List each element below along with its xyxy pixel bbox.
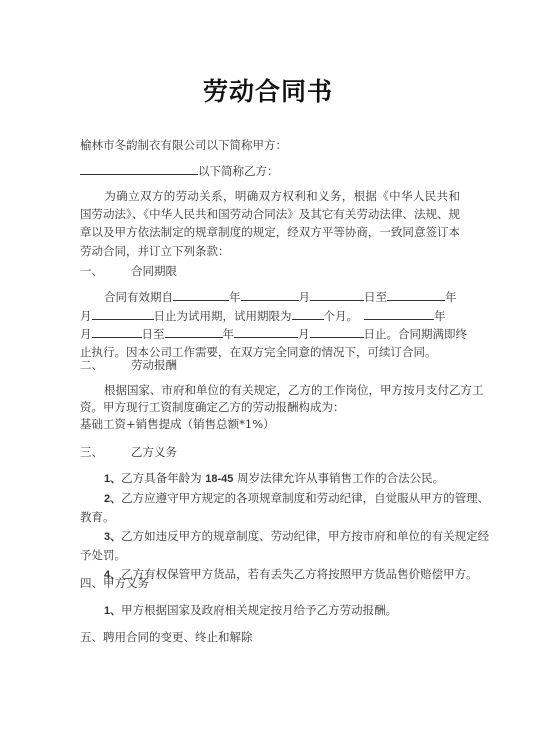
item-text: 乙方具备年龄为 (121, 471, 205, 485)
party-b-line: 以下简称乙方： (80, 162, 458, 180)
list-item: 3、乙方如违反甲方的规章制度、劳动纪律，甲方按市府和单位的有关规定经 (80, 527, 460, 547)
contract-term-paragraph: 合同有效期自年月日至年 月日止为试用期，试用期限为个月。年 月日至年月日止。合同… (80, 288, 460, 361)
section-number: 一、 (80, 264, 103, 278)
party-a-line: 榆林市冬韵制衣有限公司以下简称甲方： (80, 136, 458, 154)
compensation-text: 根据国家、市府和单位的有关规定，乙方的工作岗位，甲方按月支付乙方工 (104, 383, 484, 397)
item-number: 1、 (104, 605, 121, 617)
preamble-text: 为确立双方的劳动关系，明确双方权利和义务，根据《中华人民共和国劳动法》、《中华人… (80, 189, 460, 258)
compensation-text: 资。甲方现行工资制度确定乙方的劳动报酬构成为： (80, 399, 460, 416)
list-item: 1、甲方根据国家及政府相关规定按月给予乙方劳动报酬。 (80, 601, 460, 620)
term-text: 年 (445, 290, 457, 304)
item-number: 2、 (104, 493, 121, 505)
term-text: 日至 (142, 327, 165, 341)
section-number: 二、 (80, 358, 103, 372)
term-text: 月 (80, 327, 92, 341)
party-b-blank[interactable] (80, 162, 198, 175)
end-year-blank-1[interactable] (364, 307, 434, 320)
party-b-obligations-list: 1、乙方具备年龄为 18-45 周岁法律允许从事销售工作的合法公民。 2、乙方应… (80, 469, 460, 584)
section-title: 合同期限 (131, 264, 177, 278)
term-text: 日止。合同期满即终 (364, 327, 468, 341)
section-title: 劳动报酬 (131, 358, 177, 372)
item-text: 甲方根据国家及政府相关规定按月给予乙方劳动报酬。 (121, 603, 397, 617)
section-title: 乙方义务 (131, 445, 177, 459)
section-number: 三、 (80, 445, 103, 459)
term-text: 日至 (364, 290, 387, 304)
section-5-heading: 五、聘用合同的变更、终止和解除 (80, 628, 458, 646)
end-month-blank-1[interactable] (92, 325, 142, 338)
term-text: 年 (229, 290, 241, 304)
term-text: 月 (80, 309, 92, 323)
list-item: 2、乙方应遵守甲方规定的各项规章制度和劳动纪律，自觉服从甲方的管理、 (80, 489, 460, 509)
item-text: 教育。 (80, 508, 460, 527)
item-text: 周岁法律允许从事销售工作的合法公民。 (233, 471, 444, 485)
start-year-blank[interactable] (173, 288, 229, 301)
term-text: 个月。 (324, 309, 359, 323)
section-number: 四、 (80, 576, 103, 590)
term-text: 月 (299, 290, 311, 304)
probation-months-blank[interactable] (292, 307, 324, 320)
section-3-heading: 三、乙方义务 (80, 443, 458, 461)
preamble-paragraph: 为确立双方的劳动关系，明确双方权利和义务，根据《中华人民共和国劳动法》、《中华人… (80, 187, 460, 260)
document-page: 劳动合同书 榆林市冬韵制衣有限公司以下简称甲方： 以下简称乙方： 为确立双方的劳… (0, 0, 536, 756)
end-day-blank[interactable] (310, 325, 364, 338)
list-item: 1、乙方具备年龄为 18-45 周岁法律允许从事销售工作的合法公民。 (80, 469, 460, 489)
item-text: 予处罚。 (80, 546, 460, 565)
party-b-label: 以下简称乙方： (198, 164, 279, 178)
term-text: 合同有效期自 (104, 290, 173, 304)
compensation-paragraph: 根据国家、市府和单位的有关规定，乙方的工作岗位，甲方按月支付乙方工 资。甲方现行… (80, 382, 460, 433)
term-text: 年 (434, 309, 446, 323)
start-month-blank[interactable] (241, 288, 299, 301)
party-a-obligations-list: 1、甲方根据国家及政府相关规定按月给予乙方劳动报酬。 (80, 601, 460, 620)
start-day-blank[interactable] (310, 288, 364, 301)
section-2-heading: 二、劳动报酬 (80, 356, 458, 374)
section-1-heading: 一、合同期限 (80, 262, 458, 280)
section-title: 聘用合同的变更、终止和解除 (103, 630, 253, 644)
end-year-blank-2[interactable] (165, 325, 223, 338)
term-text: 日止为试用期，试用期限为 (154, 309, 292, 323)
section-number: 五、 (80, 630, 103, 644)
age-range: 18-45 (205, 473, 233, 485)
end-month-blank-2[interactable] (234, 325, 298, 338)
section-4-heading: 四、甲方义务 (80, 574, 458, 592)
section-title: 甲方义务 (103, 576, 149, 590)
item-number: 1、 (104, 473, 121, 485)
probation-year-blank[interactable] (387, 288, 445, 301)
item-text: 乙方如违反甲方的规章制度、劳动纪律，甲方按市府和单位的有关规定经 (121, 529, 489, 543)
item-number: 3、 (104, 531, 121, 543)
probation-day-blank[interactable] (92, 307, 154, 320)
term-text: 月 (298, 327, 310, 341)
compensation-formula: 基础工资+销售提成（销售总额*1%） (80, 416, 460, 433)
term-text: 年 (223, 327, 235, 341)
item-text: 乙方应遵守甲方规定的各项规章制度和劳动纪律，自觉服从甲方的管理、 (121, 491, 489, 505)
document-title: 劳动合同书 (0, 72, 536, 108)
